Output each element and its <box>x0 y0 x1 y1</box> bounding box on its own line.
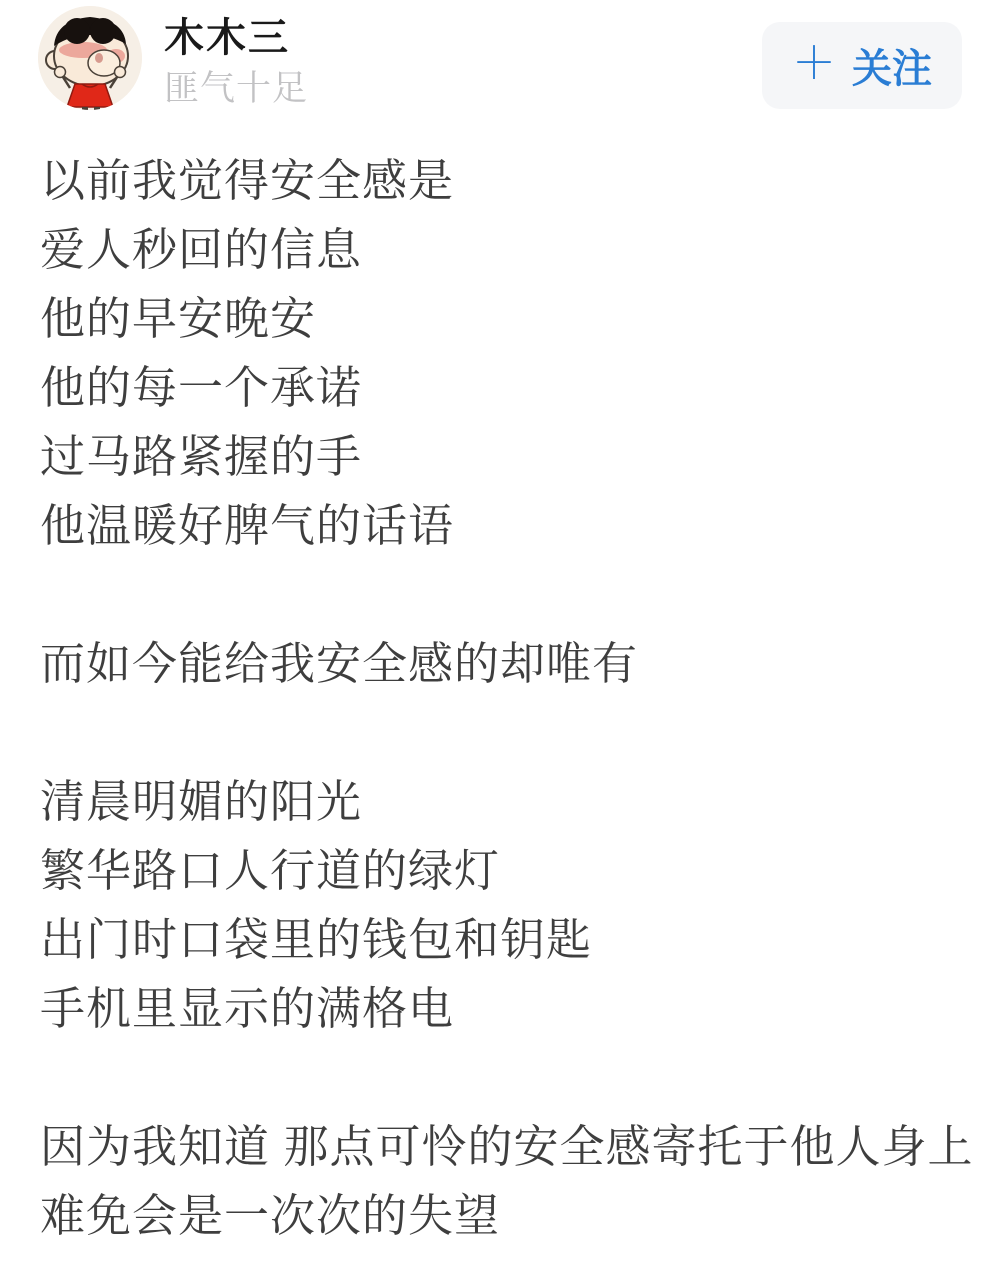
post-line: 以前我觉得安全感是 <box>40 146 970 215</box>
user-avatar[interactable] <box>38 6 142 110</box>
post-line: 难免会是一次次的失望 <box>40 1181 970 1250</box>
post-line: 过马路紧握的手 <box>40 422 970 491</box>
post-line: 清晨明媚的阳光 <box>40 767 970 836</box>
post-line: 他的每一个承诺 <box>40 353 970 422</box>
shinchan-avatar-icon <box>38 6 142 110</box>
plus-icon: ＋ <box>792 42 836 86</box>
post-line: 因为我知道 那点可怜的安全感寄托于他人身上 <box>40 1112 970 1181</box>
post-line: 繁华路口人行道的绿灯 <box>40 836 970 905</box>
post-content: 以前我觉得安全感是爱人秒回的信息他的早安晚安他的每一个承诺过马路紧握的手他温暖好… <box>0 110 1000 1250</box>
follow-button-label: 关注 <box>852 37 932 94</box>
post-blank-line <box>40 1043 970 1112</box>
user-info: 木木三 匪气十足 <box>164 6 308 109</box>
post-line: 出门时口袋里的钱包和钥匙 <box>40 905 970 974</box>
post-line: 手机里显示的满格电 <box>40 974 970 1043</box>
username: 木木三 <box>164 16 308 60</box>
follow-button[interactable]: ＋ 关注 <box>762 22 962 109</box>
post-line: 他的早安晚安 <box>40 284 970 353</box>
post-line: 他温暖好脾气的话语 <box>40 491 970 560</box>
post-line: 而如今能给我安全感的却唯有 <box>40 629 970 698</box>
post-header: 木木三 匪气十足 ＋ 关注 <box>0 0 1000 110</box>
post-blank-line <box>40 560 970 629</box>
user-subtitle: 匪气十足 <box>164 70 308 109</box>
post-page: 木木三 匪气十足 ＋ 关注 以前我觉得安全感是爱人秒回的信息他的早安晚安他的每一… <box>0 0 1000 1267</box>
post-line: 爱人秒回的信息 <box>40 215 970 284</box>
post-blank-line <box>40 698 970 767</box>
